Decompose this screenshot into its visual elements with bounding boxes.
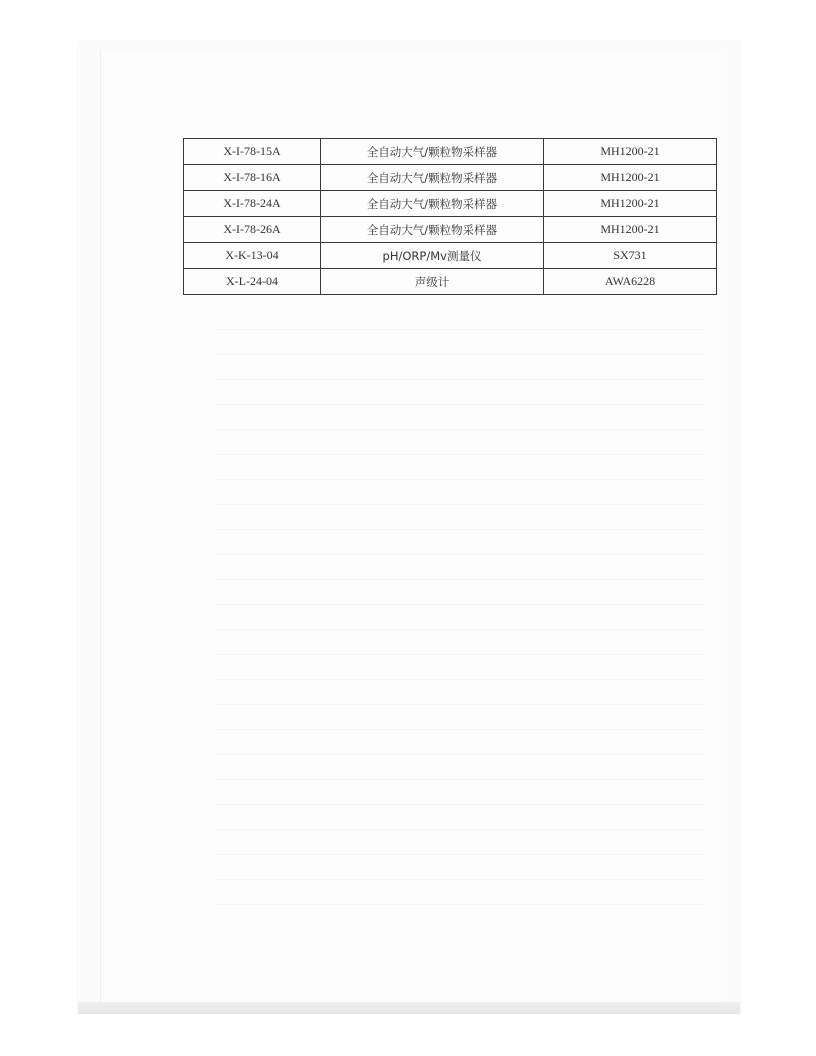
equipment-name: 全自动大气/颗粒物采样器 <box>321 165 544 191</box>
equipment-id: X-I-78-16A <box>184 165 321 191</box>
equipment-name: 声级计 <box>321 269 544 295</box>
equipment-model: MH1200-21 <box>544 217 717 243</box>
equipment-name: 全自动大气/颗粒物采样器 <box>321 139 544 165</box>
equipment-model: AWA6228 <box>544 269 717 295</box>
equipment-model: SX731 <box>544 243 717 269</box>
equipment-model: MH1200-21 <box>544 191 717 217</box>
bleed-through-text <box>215 305 705 925</box>
equipment-id: X-I-78-24A <box>184 191 321 217</box>
equipment-table: X-I-78-15A 全自动大气/颗粒物采样器 MH1200-21 X-I-78… <box>183 138 717 295</box>
table-row: X-L-24-04 声级计 AWA6228 <box>184 269 717 295</box>
equipment-name: 全自动大气/颗粒物采样器 <box>321 191 544 217</box>
equipment-id: X-L-24-04 <box>184 269 321 295</box>
equipment-id: X-I-78-26A <box>184 217 321 243</box>
page-edge-shadow <box>78 1002 740 1014</box>
equipment-name: 全自动大气/颗粒物采样器 <box>321 217 544 243</box>
equipment-id: X-I-78-15A <box>184 139 321 165</box>
table-row: X-I-78-24A 全自动大气/颗粒物采样器 MH1200-21 <box>184 191 717 217</box>
equipment-model: MH1200-21 <box>544 165 717 191</box>
equipment-name: pH/ORP/Mv测量仪 <box>321 243 544 269</box>
table-row: X-I-78-15A 全自动大气/颗粒物采样器 MH1200-21 <box>184 139 717 165</box>
table-row: X-I-78-16A 全自动大气/颗粒物采样器 MH1200-21 <box>184 165 717 191</box>
equipment-id: X-K-13-04 <box>184 243 321 269</box>
table-row: X-K-13-04 pH/ORP/Mv测量仪 SX731 <box>184 243 717 269</box>
equipment-model: MH1200-21 <box>544 139 717 165</box>
table-row: X-I-78-26A 全自动大气/颗粒物采样器 MH1200-21 <box>184 217 717 243</box>
